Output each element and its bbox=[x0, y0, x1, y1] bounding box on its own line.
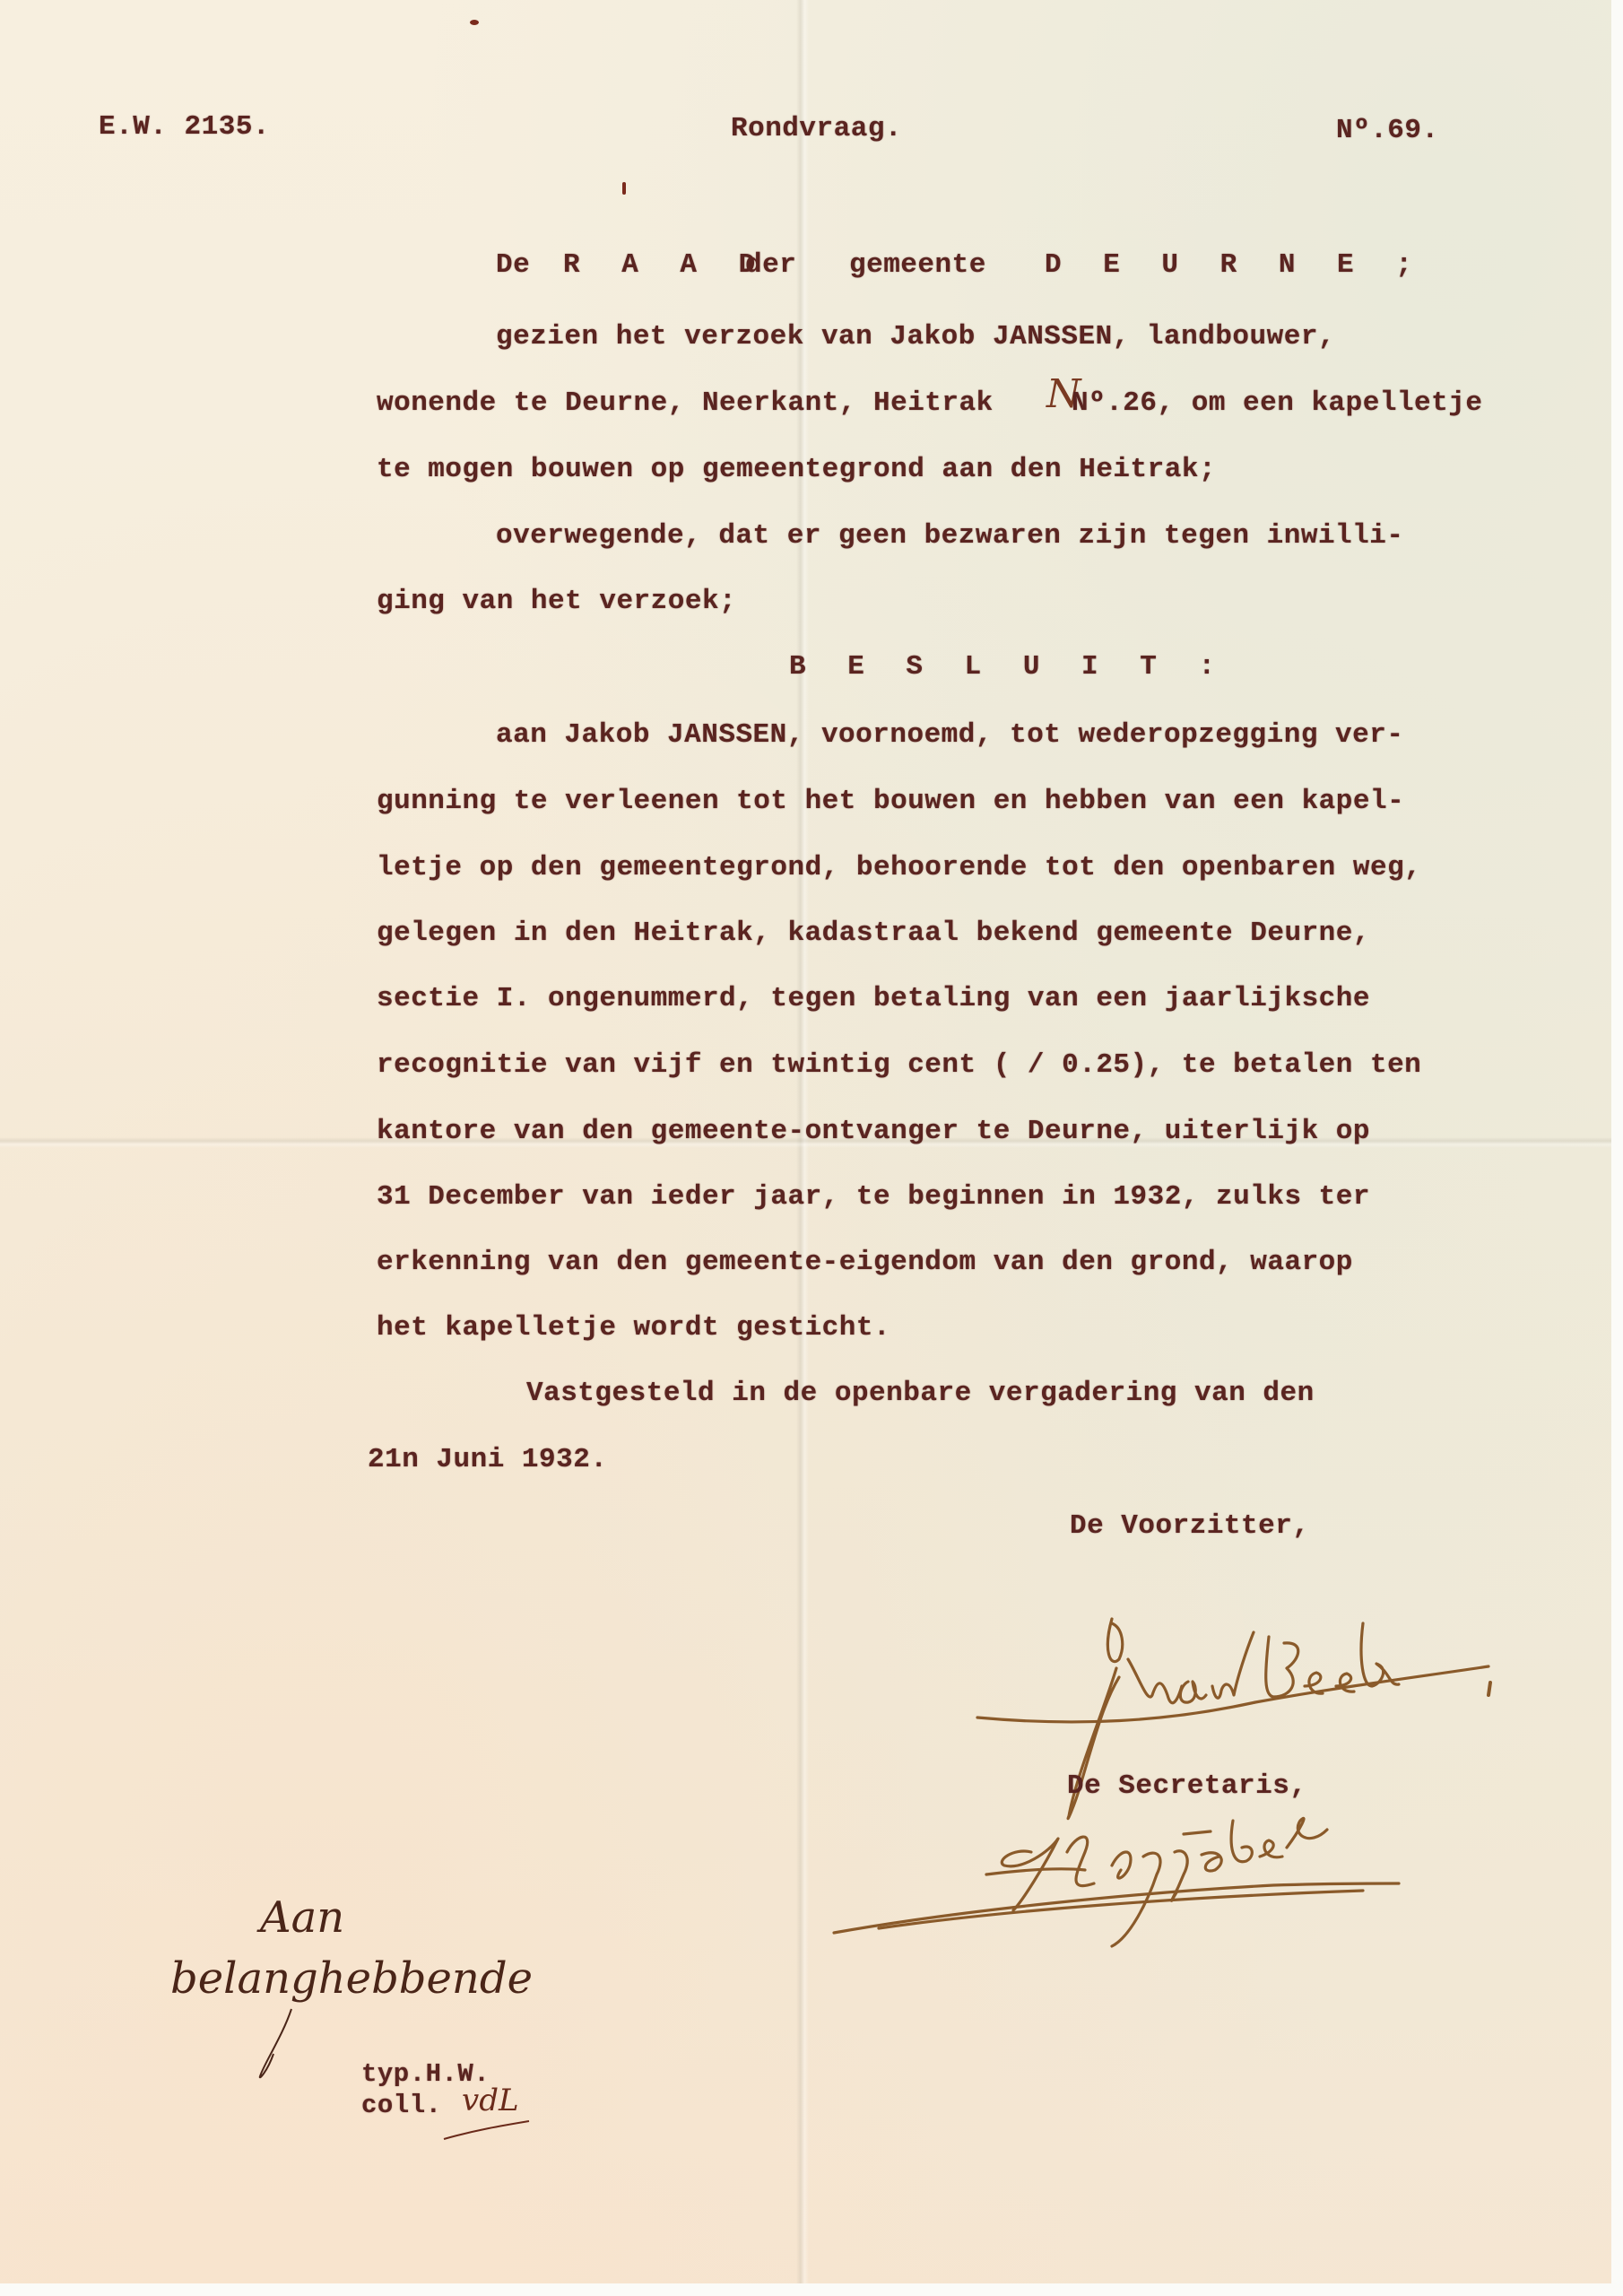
preamble-line-2b: Nº.26, om een kapelletje bbox=[1072, 389, 1482, 417]
decision-line-6: recognitie van vijf en twintig cent ( / … bbox=[377, 1051, 1421, 1079]
preamble-line-1: gezien het verzoek van Jakob JANSSEN, la… bbox=[496, 323, 1335, 351]
document-number: Nº.69. bbox=[1336, 117, 1439, 144]
ink-speck bbox=[470, 20, 479, 25]
decision-line-1: aan Jakob JANSSEN, voornoemd, tot wedero… bbox=[496, 721, 1403, 749]
note-descender-flourish bbox=[251, 2009, 305, 2081]
council-word-deurne: D E U R N E ; bbox=[1045, 251, 1425, 279]
decision-line-9: erkenning van den gemeente-eigendom van … bbox=[377, 1248, 1353, 1276]
decision-line-4: gelegen in den Heitrak, kadastraal beken… bbox=[377, 919, 1370, 947]
document-page: E.W. 2135. Rondvraag. Nº.69. De R A A D … bbox=[0, 0, 1611, 2283]
collated-label: coll. bbox=[361, 2092, 442, 2118]
adoption-line-1: Vastgesteld in de openbare vergadering v… bbox=[526, 1379, 1315, 1407]
decision-line-8: 31 December van ieder jaar, te beginnen … bbox=[377, 1183, 1370, 1211]
preamble-line-3: te mogen bouwen op gemeentegrond aan den… bbox=[377, 456, 1216, 483]
council-word-gemeente: gemeente bbox=[849, 251, 986, 279]
council-word-de: De bbox=[496, 251, 530, 279]
collated-underline bbox=[439, 2117, 538, 2144]
decision-heading: B E S L U I T : bbox=[789, 653, 1228, 681]
adoption-date: 21n Juni 1932. bbox=[368, 1446, 607, 1474]
secretary-signature bbox=[825, 1785, 1471, 1964]
decision-line-2: gunning te verleenen tot het bouwen en h… bbox=[377, 787, 1404, 815]
considering-line-2: ging van het verzoek; bbox=[377, 587, 736, 615]
council-word-der: der bbox=[745, 251, 796, 279]
preamble-line-2a: wonende te Deurne, Neerkant, Heitrak bbox=[377, 389, 994, 417]
note-line-2: belanghebbende bbox=[170, 1953, 533, 2004]
reference-number: E.W. 2135. bbox=[99, 113, 270, 141]
decision-line-10: het kapelletje wordt gesticht. bbox=[377, 1314, 890, 1342]
decision-line-7: kantore van den gemeente-ontvanger te De… bbox=[377, 1118, 1370, 1145]
considering-line-1: overwegende, dat er geen bezwaren zijn t… bbox=[496, 522, 1403, 550]
decision-line-5: sectie I. ongenummerd, tegen betaling va… bbox=[377, 985, 1370, 1013]
chairman-label: De Voorzitter, bbox=[1070, 1512, 1309, 1540]
document-subject: Rondvraag. bbox=[731, 115, 902, 143]
ink-mark bbox=[622, 182, 626, 195]
collated-initials: vdL bbox=[462, 2083, 519, 2118]
council-word-raad: R A A D bbox=[563, 251, 768, 279]
decision-line-3: letje op den gemeentegrond, behoorende t… bbox=[377, 854, 1421, 882]
note-line-1: Aan bbox=[260, 1892, 344, 1943]
